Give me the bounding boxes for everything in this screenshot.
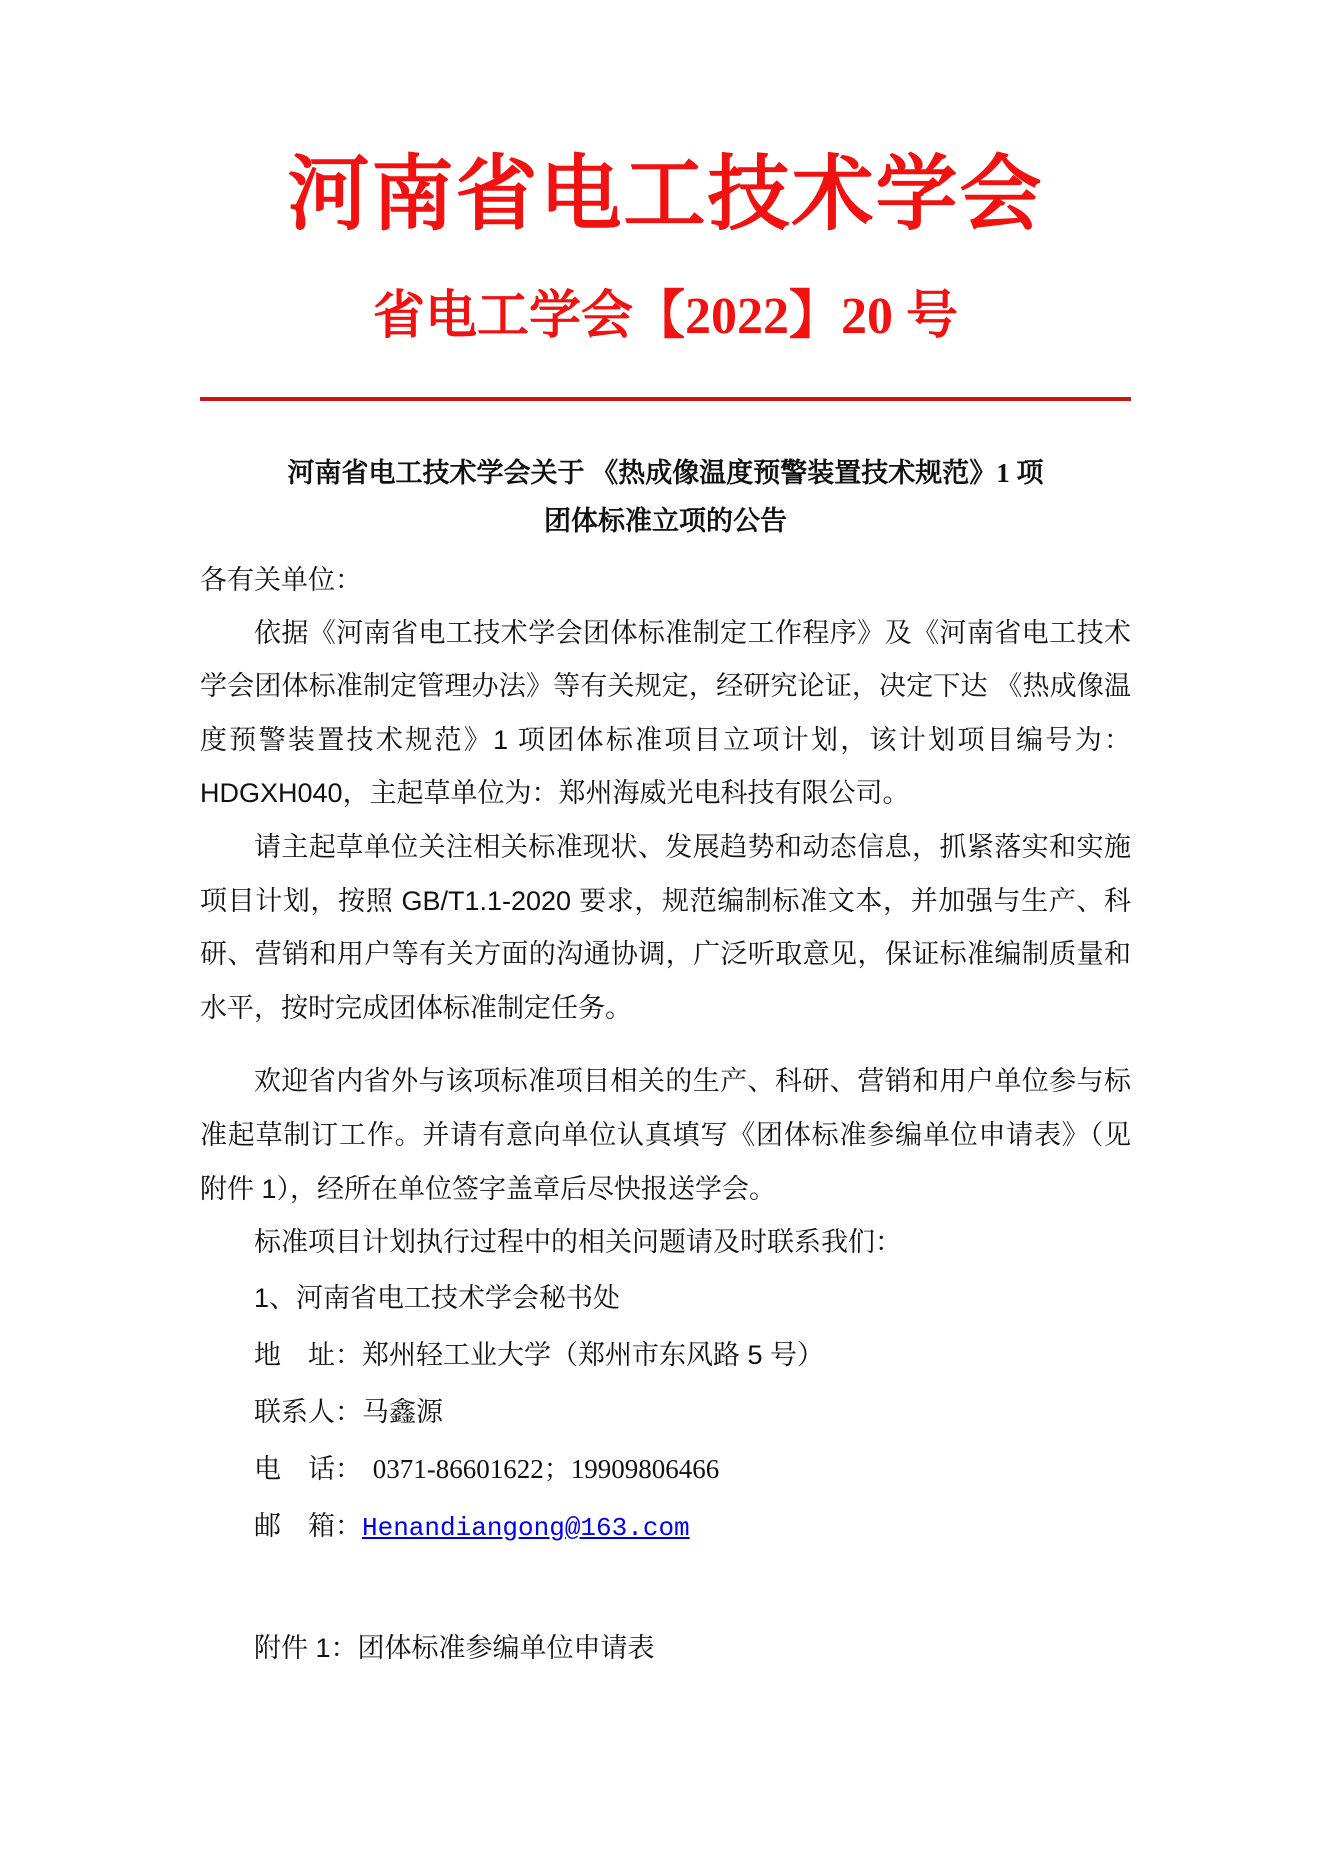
person-label: 联系人： (254, 1397, 362, 1427)
email-link[interactable]: Henandiangong@163.com (362, 1513, 690, 1543)
announcement-body: 河南省电工技术学会关于 《热成像温度预警装置技术规范》1 项 团体标准立项的公告… (200, 449, 1131, 1675)
phone-value: 0371-86601622；19909806466 (373, 1454, 720, 1484)
contact-section: 1、河南省电工技术学会秘书处 地 址：郑州轻工业大学（郑州市东风路 5 号） 联… (200, 1270, 1131, 1557)
person-value: 马鑫源 (362, 1397, 443, 1427)
address-value: 郑州轻工业大学（郑州市东风路 5 号） (362, 1340, 824, 1370)
letterhead: 河南省电工技术学会 省电工学会【2022】20 号 (200, 150, 1131, 401)
paragraph-basis: 依据《河南省电工技术学会团体标准制定工作程序》及《河南省电工技术学会团体标准制定… (200, 607, 1131, 821)
project-code: HDGXH040 (200, 778, 343, 808)
contact-line-phone: 电 话：0371-86601622；19909806466 (200, 1441, 1131, 1498)
salutation: 各有关单位： (200, 553, 1131, 607)
document-page: 河南省电工技术学会 省电工学会【2022】20 号 河南省电工技术学会关于 《热… (0, 0, 1323, 1871)
para1-text-2: 项团体标准项目立项计划，该计划项目编号为： (508, 725, 1131, 755)
paragraph-invitation: 欢迎省内省外与该项标准项目相关的生产、科研、营销和用户单位参与标准起草制订工作。… (200, 1055, 1131, 1216)
contact-line-person: 联系人：马鑫源 (200, 1384, 1131, 1441)
announcement-title: 河南省电工技术学会关于 《热成像温度预警装置技术规范》1 项 团体标准立项的公告 (200, 449, 1131, 545)
paragraph-requirements: 请主起草单位关注相关标准现状、发展趋势和动态信息，抓紧落实和实施项目计划，按照 … (200, 821, 1131, 1035)
heading-line-2: 团体标准立项的公告 (544, 506, 787, 536)
attachment-note: 附件 1：团体标准参编单位申请表 (200, 1621, 1131, 1675)
para1-text-3: ，主起草单位为：郑州海威光电科技有限公司。 (343, 778, 910, 808)
paragraph-contact-intro: 标准项目计划执行过程中的相关问题请及时联系我们： (200, 1216, 1131, 1270)
phone-label: 电 话： (254, 1454, 362, 1484)
email-label: 邮 箱： (254, 1511, 362, 1541)
heading-line-1: 河南省电工技术学会关于 《热成像温度预警装置技术规范》1 项 (288, 458, 1044, 488)
project-count: 1 (493, 725, 508, 755)
doc-number: 省电工学会【2022】20 号 (200, 286, 1131, 348)
address-label: 地 址： (254, 1340, 362, 1370)
contact-line-email: 邮 箱：Henandiangong@163.com (200, 1498, 1131, 1557)
standard-ref: GB/T1.1-2020 (401, 886, 571, 916)
org-title: 河南省电工技术学会 (200, 150, 1131, 240)
contact-line-address: 地 址：郑州轻工业大学（郑州市东风路 5 号） (200, 1327, 1131, 1384)
contact-line-secretariat: 1、河南省电工技术学会秘书处 (200, 1270, 1131, 1327)
red-divider (200, 397, 1131, 401)
